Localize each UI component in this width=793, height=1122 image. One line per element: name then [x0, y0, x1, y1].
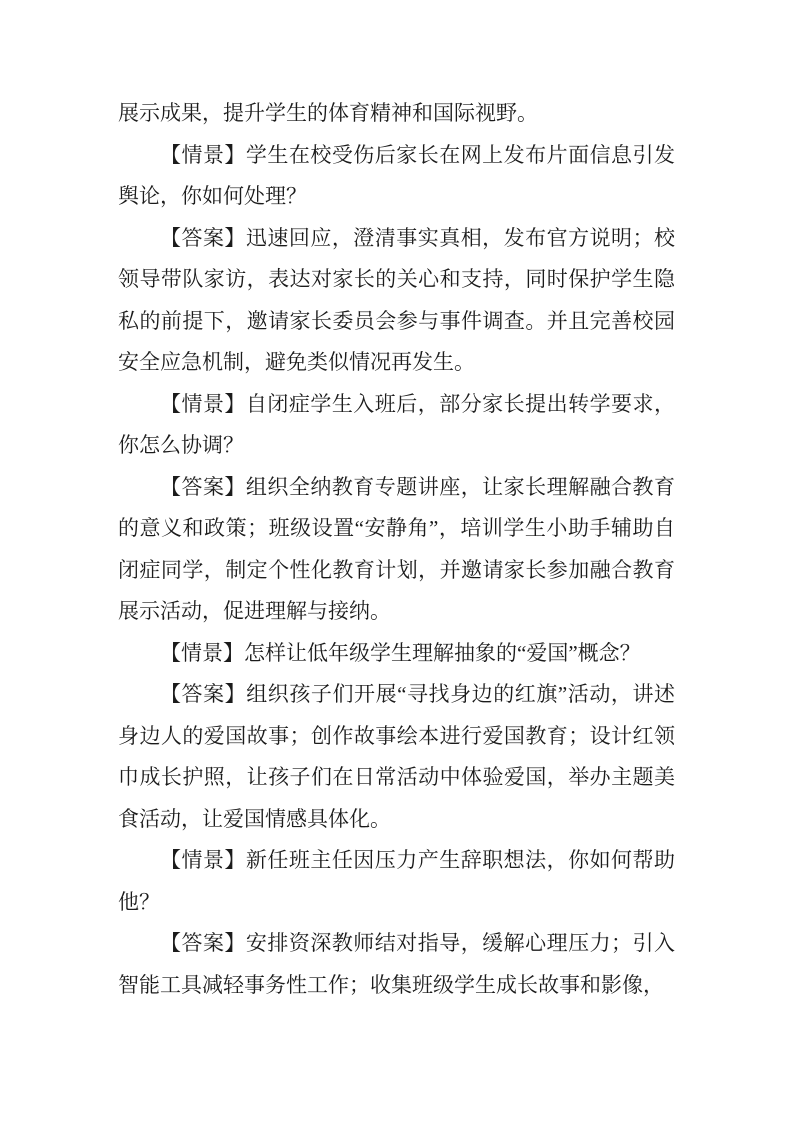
paragraph-answer-4: 【答案】安排资深教师结对指导，缓解心理压力；引入智能工具减轻事务性工作；收集班级… — [118, 923, 675, 1006]
paragraph-answer-3: 【答案】组织孩子们开展“寻找身边的红旗”活动，讲述身边人的爱国故事；创作故事绘本… — [118, 674, 675, 840]
paragraph-scenario-4: 【情景】新任班主任因压力产生辞职想法，你如何帮助他？ — [118, 840, 675, 923]
paragraph-answer-1: 【答案】迅速回应，澄清事实真相，发布官方说明；校领导带队家访，表达对家长的关心和… — [118, 218, 675, 384]
document-page: 展示成果，提升学生的体育精神和国际视野。 【情景】学生在校受伤后家长在网上发布片… — [0, 0, 793, 1122]
paragraph-scenario-3: 【情景】怎样让低年级学生理解抽象的“爱国”概念？ — [118, 633, 675, 675]
paragraph-body-continuation: 展示成果，提升学生的体育精神和国际视野。 — [118, 93, 675, 135]
paragraph-scenario-1: 【情景】学生在校受伤后家长在网上发布片面信息引发舆论，你如何处理？ — [118, 135, 675, 218]
paragraph-answer-2: 【答案】组织全纳教育专题讲座，让家长理解融合教育的意义和政策；班级设置“安静角”… — [118, 467, 675, 633]
paragraph-scenario-2: 【情景】自闭症学生入班后，部分家长提出转学要求，你怎么协调？ — [118, 384, 675, 467]
